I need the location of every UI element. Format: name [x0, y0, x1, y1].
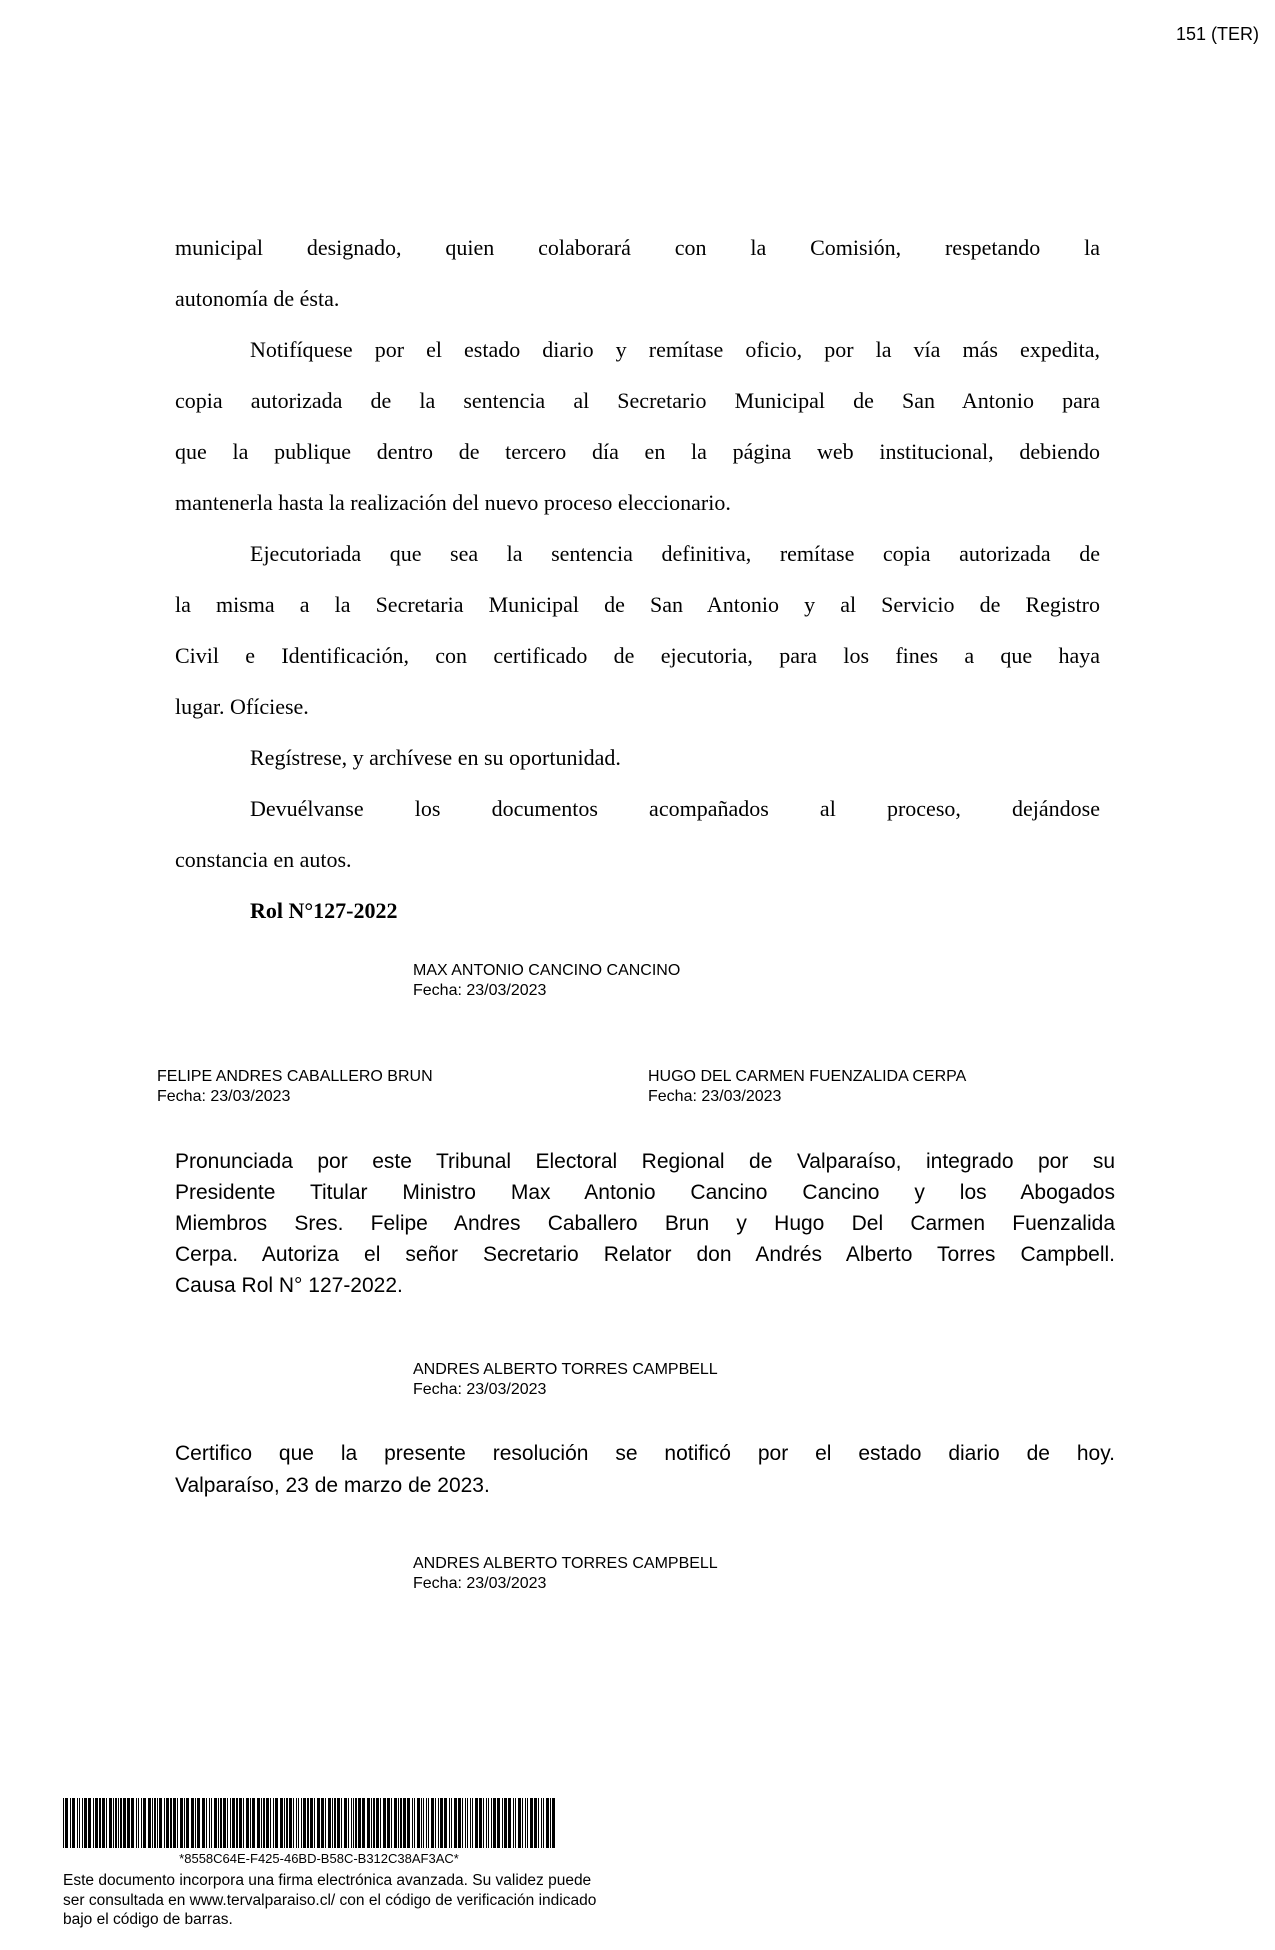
- signature-date: Fecha: 23/03/2023: [413, 1380, 718, 1400]
- ruling-text-block: municipal designado, quien colaborará co…: [175, 222, 1100, 936]
- electronic-signature-note: Este documento incorpora una firma elect…: [63, 1871, 683, 1930]
- signature-date: Fecha: 23/03/2023: [648, 1087, 966, 1107]
- footer-note-line: Este documento incorpora una firma elect…: [63, 1871, 683, 1891]
- ruling-line: Regístrese, y archívese en su oportunida…: [175, 732, 1100, 783]
- signature-block-torres-certification: ANDRES ALBERTO TORRES CAMPBELL Fecha: 23…: [413, 1554, 718, 1594]
- ruling-line: la misma a la Secretaria Municipal de Sa…: [175, 579, 1100, 630]
- case-roll-number: Rol N°127-2022: [175, 885, 1100, 936]
- page-number: 151 (TER): [1176, 24, 1259, 45]
- signer-name: FELIPE ANDRES CABALLERO BRUN: [157, 1067, 433, 1087]
- barcode: [63, 1798, 575, 1848]
- ruling-line: autonomía de ésta.: [175, 273, 1100, 324]
- ruling-line: Notifíquese por el estado diario y remít…: [175, 324, 1100, 375]
- signature-block-caballero: FELIPE ANDRES CABALLERO BRUN Fecha: 23/0…: [157, 1067, 433, 1107]
- ruling-line: mantenerla hasta la realización del nuev…: [175, 477, 1100, 528]
- signature-date: Fecha: 23/03/2023: [413, 1574, 718, 1594]
- ruling-line: Ejecutoriada que sea la sentencia defini…: [175, 528, 1100, 579]
- ruling-line: constancia en autos.: [175, 834, 1100, 885]
- signature-block-fuenzalida: HUGO DEL CARMEN FUENZALIDA CERPA Fecha: …: [648, 1067, 966, 1107]
- signer-name: MAX ANTONIO CANCINO CANCINO: [413, 961, 680, 981]
- pronouncement-line: Cerpa. Autoriza el señor Secretario Rela…: [175, 1239, 1115, 1270]
- pronouncement-line: Miembros Sres. Felipe Andres Caballero B…: [175, 1208, 1115, 1239]
- signature-date: Fecha: 23/03/2023: [157, 1087, 433, 1107]
- signature-block-cancino: MAX ANTONIO CANCINO CANCINO Fecha: 23/03…: [413, 961, 680, 1001]
- signer-name: ANDRES ALBERTO TORRES CAMPBELL: [413, 1360, 718, 1380]
- ruling-line: municipal designado, quien colaborará co…: [175, 222, 1100, 273]
- certification-line: Certifico que la presente resolución se …: [175, 1438, 1115, 1470]
- ruling-line: lugar. Ofíciese.: [175, 681, 1100, 732]
- signature-date: Fecha: 23/03/2023: [413, 981, 680, 1001]
- certification-line: Valparaíso, 23 de marzo de 2023.: [175, 1470, 1115, 1502]
- footer-note-line: bajo el código de barras.: [63, 1910, 683, 1930]
- signature-block-torres-relator: ANDRES ALBERTO TORRES CAMPBELL Fecha: 23…: [413, 1360, 718, 1400]
- signer-name: ANDRES ALBERTO TORRES CAMPBELL: [413, 1554, 718, 1574]
- ruling-line: copia autorizada de la sentencia al Secr…: [175, 375, 1100, 426]
- footer-note-line: ser consultada en www.tervalparaiso.cl/ …: [63, 1891, 683, 1911]
- pronouncement-line: Presidente Titular Ministro Max Antonio …: [175, 1177, 1115, 1208]
- ruling-line: Devuélvanse los documentos acompañados a…: [175, 783, 1100, 834]
- pronouncement-line: Pronunciada por este Tribunal Electoral …: [175, 1146, 1115, 1177]
- signer-name: HUGO DEL CARMEN FUENZALIDA CERPA: [648, 1067, 966, 1087]
- pronouncement-line: Causa Rol N° 127-2022.: [175, 1270, 1115, 1301]
- certification-paragraph: Certifico que la presente resolución se …: [175, 1438, 1115, 1502]
- document-page: 151 (TER) municipal designado, quien col…: [0, 0, 1275, 1950]
- ruling-line: que la publique dentro de tercero día en…: [175, 426, 1100, 477]
- barcode-verification-code: *8558C64E-F425-46BD-B58C-B312C38AF3AC*: [63, 1851, 575, 1866]
- pronouncement-paragraph: Pronunciada por este Tribunal Electoral …: [175, 1146, 1115, 1301]
- ruling-line: Civil e Identificación, con certificado …: [175, 630, 1100, 681]
